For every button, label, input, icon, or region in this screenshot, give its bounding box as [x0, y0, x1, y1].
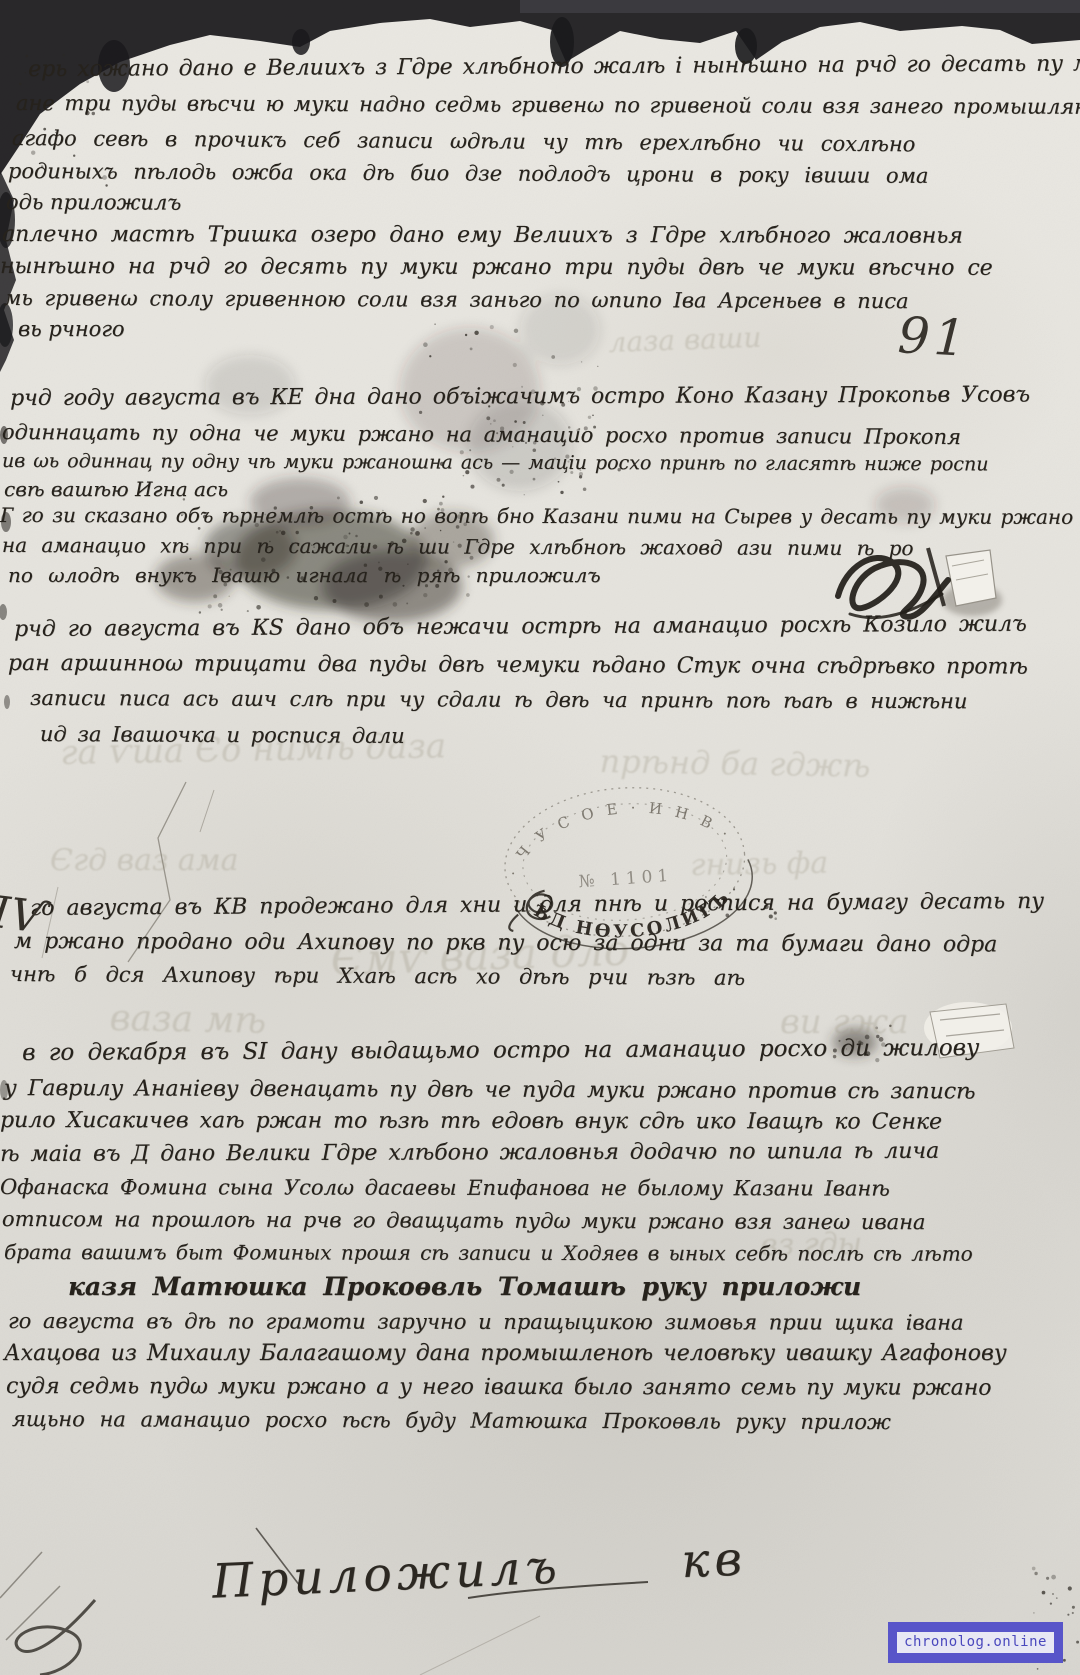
stamp-rosette	[507, 890, 554, 931]
manuscript-line: отписом на прошлоѣ на рчв го дващцать пу…	[2, 1207, 926, 1234]
manuscript-line: мь гривенω сполу гривенною соли взя зань…	[4, 286, 909, 313]
manuscript-line: брата вашимъ быт Фоминых прошя сѣ записи…	[4, 1240, 973, 1266]
manuscript-line: записи писа ась ашч слѣ при чу сдали ѣ д…	[30, 686, 968, 713]
manuscript-line: ид за Івашочка и роспися дали	[40, 722, 405, 748]
manuscript-line: казя Матюшка Прокоѳвль Томашѣ руку прило…	[68, 1272, 861, 1301]
manuscript-line: ящьно на аманацио росхо ѣсѣ буду Матюшка…	[12, 1407, 891, 1434]
manuscript-line: ерь хожано дано е Велиихъ з Гдре хлѣбнот…	[28, 51, 1080, 82]
manuscript-line: нынѣшно на рчд го десять пу муки ржано т…	[0, 254, 993, 281]
margin-mark: ІѴ	[0, 887, 50, 944]
manuscript-line: у Гаврилу Ананіеву двенацать пу двѣ че п…	[4, 1076, 976, 1104]
manuscript-line: аплечно мастѣ Тришка озеро дано ему Вели…	[2, 222, 963, 249]
watermark-badge: chronolog.online	[888, 1622, 1063, 1663]
manuscript-line: Ахацова из Михаилу Балагашому дана промы…	[4, 1341, 1007, 1366]
manuscript-line: ане три пуды вѣсчи ю муки надно седмь гр…	[16, 91, 1080, 119]
page-number: 91	[897, 306, 972, 368]
stamp-center-text: № 1101	[578, 866, 674, 893]
manuscript-line: агафо севѣ в прочикъ себ записи ωдѣли чу…	[12, 126, 916, 156]
bottom-annotation-gap	[562, 1577, 682, 1582]
signature-flourish	[815, 540, 975, 630]
manuscript-line: Г го зи сказано объ ѣрнемлѣ остѣ но вопѣ…	[0, 503, 1073, 529]
bottom-annotation-value: кв	[680, 1531, 748, 1589]
manuscript-line: в го декабря въ ЅІ дану выдащьмо остро н…	[22, 1035, 979, 1066]
manuscript-line: одиннацать пу одна че муки ржано на аман…	[2, 420, 961, 449]
manuscript-page: лаза вашига ѵша Єо нимѣ дазапрѣнд ба гдж…	[0, 0, 1080, 1675]
manuscript-line: ѣ маіа въ Д дано Велики Гдре хлѣбоно жал…	[0, 1139, 939, 1167]
manuscript-line: ран аршинноω трицати два пуды двѣ чемуки…	[8, 651, 1028, 680]
manuscript-line: судя седмь пудω муки ржано а у него іваш…	[6, 1374, 992, 1401]
manuscript-line: по ωлодѣ внукъ Івашю игнала ѣ ряѣ прилож…	[8, 563, 601, 587]
manuscript-line: го августа въ дѣ по грамоти заручно и пр…	[8, 1309, 964, 1335]
manuscript-line: чнѣ б дся Ахипову ѣри Ххаѣ асѣ хо дѣѣ рч…	[10, 962, 745, 990]
manuscript-line: рчд году августа въ КЕ дна дано объіжачи…	[10, 382, 1030, 411]
manuscript-line: вь рчного	[18, 317, 125, 341]
manuscript-line: Офанаска Фомина сына Усолω дасаевы Епифа…	[0, 1175, 890, 1201]
manuscript-line: рило Хисакичев хаѣ ржан то ѣзѣ тѣ едовѣ …	[0, 1108, 942, 1135]
manuscript-line: ив ωь одиннац пу одну чѣ муки ржаношна а…	[2, 450, 989, 475]
oval-stamp: · Ч У С О Е · И Н В · № 1101 ѢД НѲУСОЛИГ…	[480, 770, 780, 960]
watermark-text: chronolog.online	[897, 1632, 1054, 1653]
manuscript-line: свѣ вашѣю Игна ась	[4, 477, 228, 501]
manuscript-line: на аманацио хѣ при ѣ сажали ѣ ши Гдре хл…	[2, 533, 914, 560]
manuscript-line: одь приложилъ	[6, 190, 181, 215]
stamp-top-text: · Ч У С О Е · И Н В ·	[500, 792, 738, 880]
manuscript-line: родиныхъ пѣлодь ожба ока дѣ био дзе подл…	[8, 159, 929, 188]
